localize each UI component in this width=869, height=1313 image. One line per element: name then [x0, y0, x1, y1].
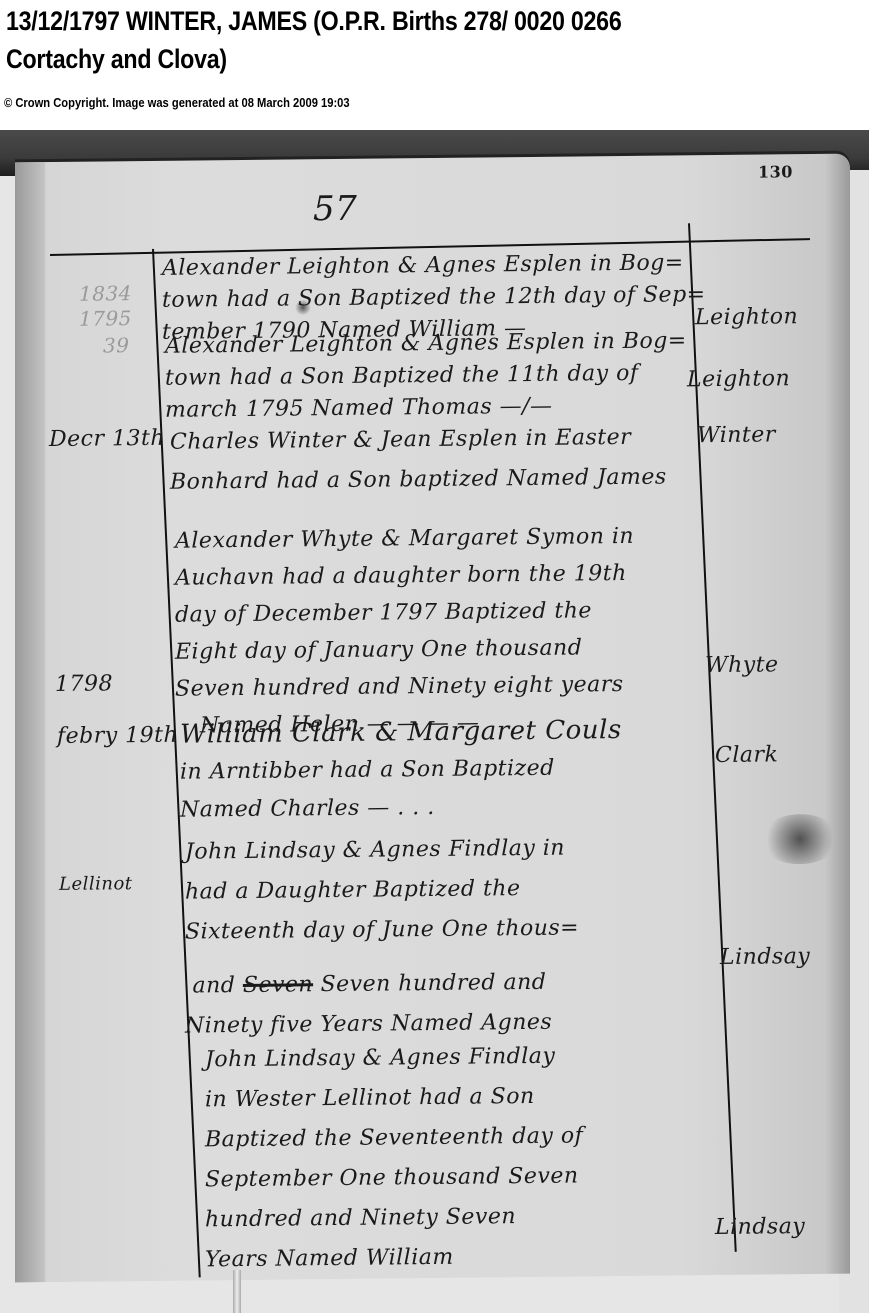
entry-line: Bonhard had a Son baptized Named James: [170, 458, 667, 503]
margin-pencil-note: 1795: [79, 306, 132, 331]
ink-stain: [760, 814, 840, 865]
entry-line: town had a Son Baptized the 11th day of: [165, 357, 687, 394]
struck-word: Seven: [243, 972, 313, 998]
entry-6: John Lindsay & Agnes Findlay in had a Da…: [185, 828, 579, 1046]
entry-line: had a Daughter Baptized the: [185, 868, 579, 912]
entry-line: in Arntibber had a Son Baptized: [180, 749, 622, 792]
entry-surname: Leighton: [695, 304, 798, 330]
page-heading: 57: [313, 189, 357, 229]
entry-line: Seven hundred and Ninety eight years: [175, 666, 634, 708]
entry-line: John Lindsay & Agnes Findlay in: [185, 828, 579, 872]
entry-line: and Seven Seven hundred and and Seven Se…: [185, 948, 579, 1006]
title-line-1: 13/12/1797 WINTER, JAMES (O.P.R. Births …: [6, 2, 746, 40]
margin-pencil-note: 39: [103, 333, 129, 357]
entry-surname: Leighton: [687, 366, 790, 392]
entry-line: hundred and Ninety Seven: [205, 1196, 583, 1240]
entry-surname: Whyte: [705, 652, 779, 678]
copyright-notice: © Crown Copyright. Image was generated a…: [4, 95, 350, 110]
margin-pencil-note: 1834: [79, 281, 132, 306]
page-binding-edge: [15, 162, 45, 1282]
entry-line: Baptized the Seventeenth day of: [205, 1116, 583, 1160]
entry-2: Alexander Leighton & Agnes Esplen in Bog…: [165, 325, 687, 426]
register-page: 130 57 1834 1795 39 Decr 13th 1798 febry…: [15, 154, 850, 1283]
margin-date-note: febry 19th: [57, 723, 178, 749]
entry-line: William Clark & Margaret Couls: [180, 711, 622, 754]
entry-line: Alexander Whyte & Margaret Symon in: [175, 518, 634, 560]
entry-line: day of December 1797 Baptized the: [175, 592, 634, 634]
entry-surname: Lindsay: [715, 1214, 805, 1240]
entry-line: Charles Winter & Jean Esplen in Easter: [170, 418, 667, 463]
entry-surname: Clark: [715, 742, 778, 768]
entry-surname: Lindsay: [720, 944, 810, 970]
entry-line: Named Charles — . . .: [180, 787, 622, 830]
entry-line: in Wester Lellinot had a Son: [205, 1076, 583, 1120]
register-scan: 130 57 1834 1795 39 Decr 13th 1798 febry…: [0, 130, 869, 1313]
record-title: 13/12/1797 WINTER, JAMES (O.P.R. Births …: [6, 2, 746, 78]
entry-line: town had a Son Baptized the 12th day of …: [162, 279, 706, 317]
entry-line: Auchavn had a daughter born the 19th: [175, 555, 634, 597]
entry-7: John Lindsay & Agnes Findlay in Wester L…: [205, 1036, 583, 1280]
entry-line: Eight day of January One thousand: [175, 629, 634, 671]
entry-line: Sixteenth day of June One thous=: [185, 908, 579, 952]
entry-surname: Winter: [697, 422, 776, 448]
margin-place-note: Lellinot: [59, 873, 133, 895]
title-line-2: Cortachy and Clova): [6, 40, 746, 78]
entry-3: Charles Winter & Jean Esplen in Easter B…: [170, 418, 667, 503]
binding-tag: [233, 1270, 241, 1313]
record-header: 13/12/1797 WINTER, JAMES (O.P.R. Births …: [0, 0, 869, 130]
margin-year-note: 1798: [55, 671, 113, 697]
margin-date-note: Decr 13th: [49, 426, 165, 452]
entry-line: Years Named William: [205, 1236, 583, 1280]
folio-number: 130: [758, 162, 793, 181]
entry-line: John Lindsay & Agnes Findlay: [205, 1036, 583, 1080]
entry-line: September One thousand Seven: [205, 1156, 583, 1200]
entry-5: William Clark & Margaret Couls in Arntib…: [180, 711, 622, 830]
